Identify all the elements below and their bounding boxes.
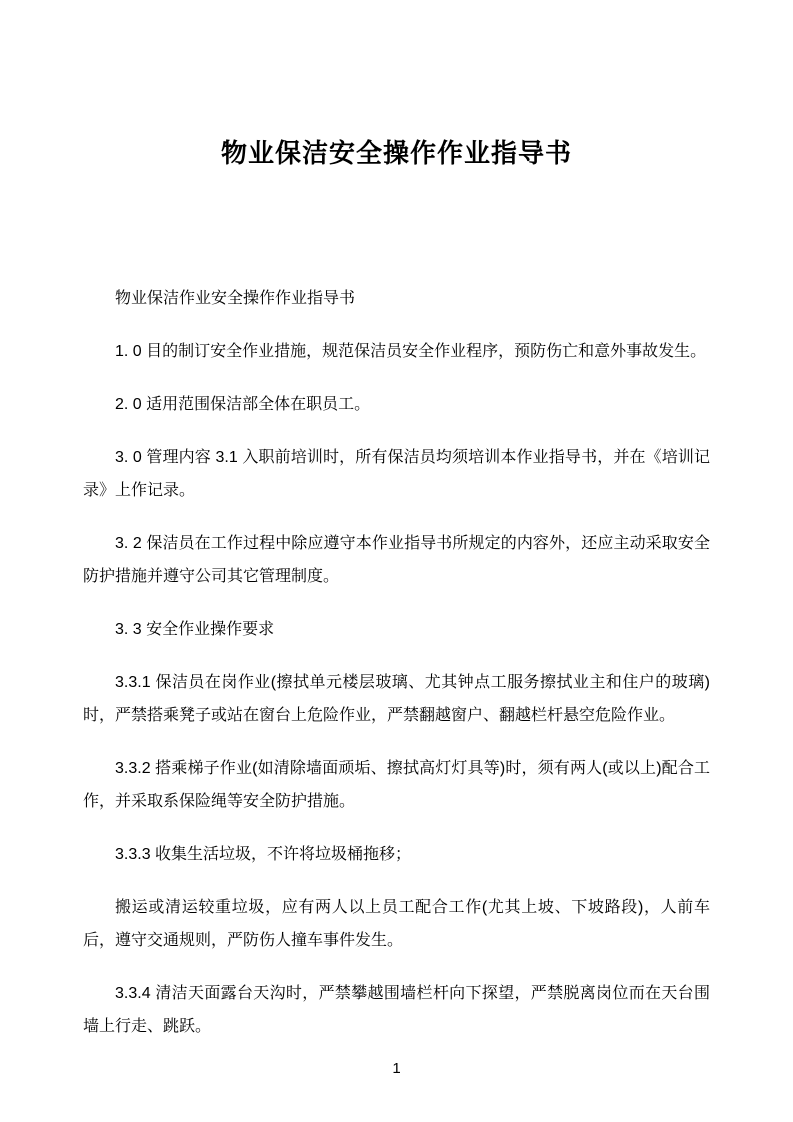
paragraph-3-3-4: 3.3.4 清洁天面露台天沟时，严禁攀越围墙栏杆向下探望，严禁脱离岗位而在天台围… (83, 977, 710, 1043)
paragraph-3-2-rules: 3. 2 保洁员在工作过程中除应遵守本作业指导书所规定的内容外，还应主动采取安全… (83, 527, 710, 593)
paragraph-3-3-3: 3.3.3 收集生活垃圾，不许将垃圾桶拖移； (83, 838, 710, 871)
paragraph-3-0-management: 3. 0 管理内容 3.1 入职前培训时，所有保洁员均须培训本作业指导书，并在《… (83, 441, 710, 507)
paragraph-3-3-requirements: 3. 3 安全作业操作要求 (83, 613, 710, 646)
paragraph-1-0-purpose: 1. 0 目的制订安全作业措施，规范保洁员安全作业程序，预防伤亡和意外事故发生。 (83, 335, 710, 368)
paragraph-3-3-1: 3.3.1 保洁员在岗作业(擦拭单元楼层玻璃、尤其钟点工服务擦拭业主和住户的玻璃… (83, 666, 710, 732)
paragraph-3-3-3-continued: 搬运或清运较重垃圾，应有两人以上员工配合工作(尤其上坡、下坡路段)，人前车后，遵… (83, 891, 710, 957)
page-number: 1 (0, 1060, 793, 1078)
document-title: 物业保洁安全操作作业指导书 (83, 136, 710, 170)
paragraph-3-3-2: 3.3.2 搭乘梯子作业(如清除墙面顽垢、擦拭高灯灯具等)时，须有两人(或以上)… (83, 752, 710, 818)
paragraph-2-0-scope: 2. 0 适用范围保洁部全体在职员工。 (83, 388, 710, 421)
document-body: 物业保洁作业安全操作作业指导书 1. 0 目的制订安全作业措施，规范保洁员安全作… (83, 282, 710, 1043)
document-page: 物业保洁安全操作作业指导书 物业保洁作业安全操作作业指导书 1. 0 目的制订安… (0, 0, 793, 1122)
paragraph-heading-line: 物业保洁作业安全操作作业指导书 (83, 282, 710, 315)
